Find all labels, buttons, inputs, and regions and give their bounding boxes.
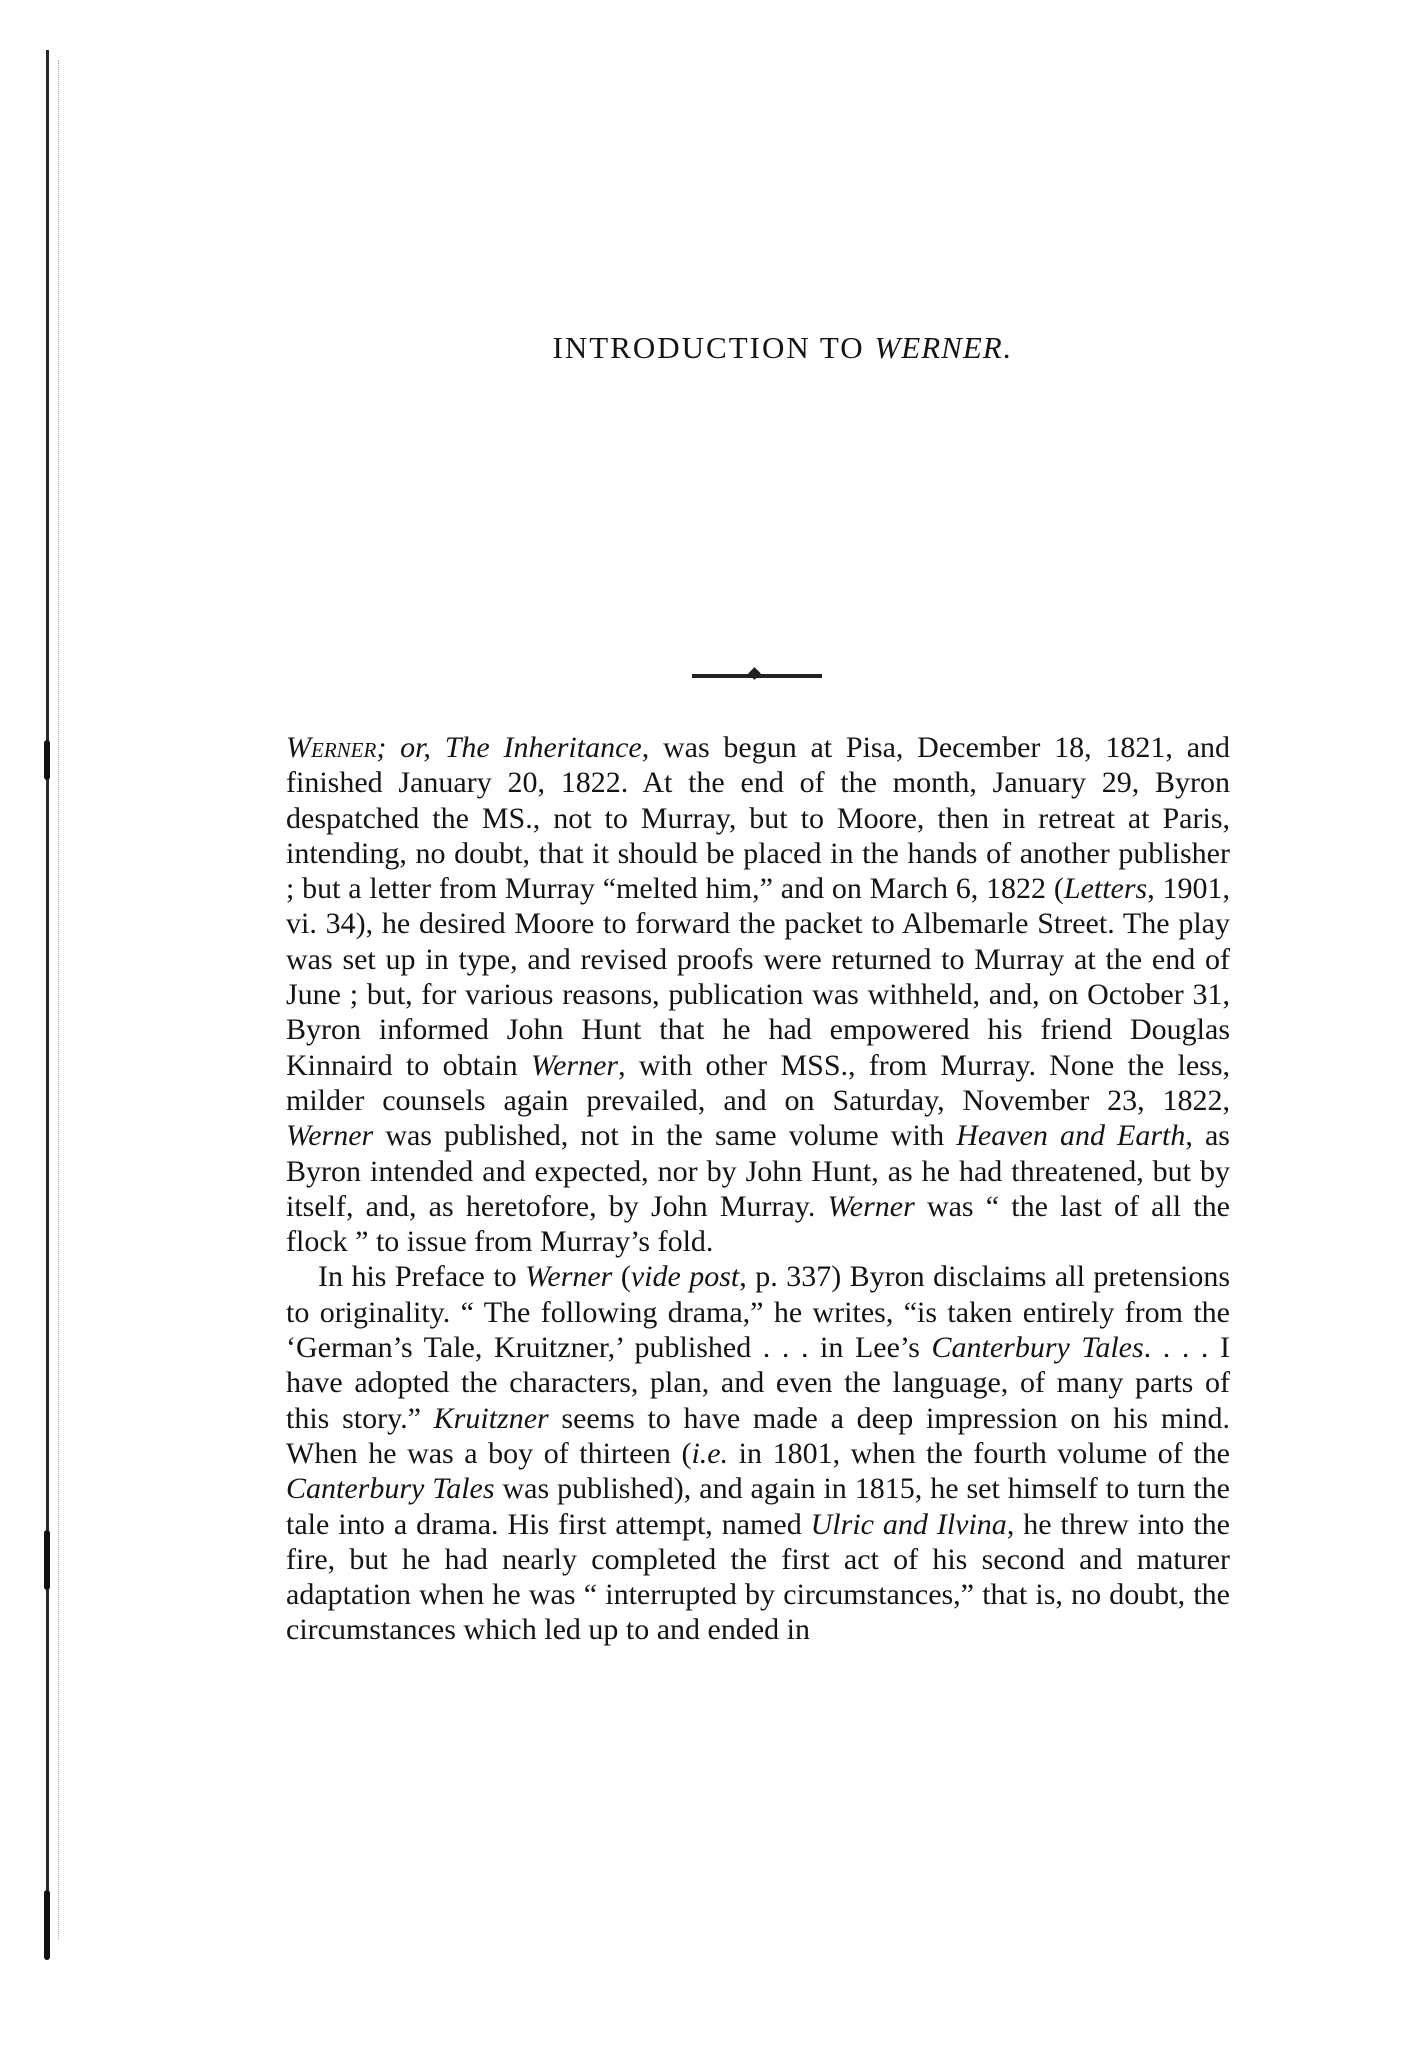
text-segment: Canterbury Tales: [932, 1331, 1144, 1364]
text-segment: in 1801, when the fourth volume of the: [728, 1437, 1230, 1470]
text-segment: Werner: [828, 1190, 915, 1223]
text-segment: Ulric and Ilvina: [811, 1508, 1007, 1541]
text-segment: i.e.: [691, 1437, 728, 1470]
text-segment: The Inheritance: [445, 731, 642, 764]
text-segment: Werner: [286, 731, 376, 764]
paragraph-2: In his Preface to Werner (vide post, p. …: [286, 1259, 1230, 1647]
text-segment: Werner: [286, 1119, 373, 1152]
text-segment: Werner: [531, 1049, 618, 1082]
title-work: WERNER: [874, 330, 1002, 365]
binding-mark: [44, 1890, 50, 1960]
text-segment: vide post: [631, 1260, 739, 1293]
text-segment: Letters: [1064, 872, 1147, 905]
text-segment: Werner: [525, 1260, 612, 1293]
ornament-rule-icon: [692, 674, 822, 678]
title-prefix: INTRODUCTION TO: [553, 330, 875, 365]
text-segment: In his Preface to: [318, 1260, 525, 1293]
text-segment: ; or,: [376, 731, 444, 764]
text-segment: was published, not in the same volume wi…: [373, 1119, 956, 1152]
title-suffix: .: [1003, 330, 1013, 365]
binding-mark: [44, 1530, 50, 1590]
body-text: Werner; or, The Inheritance, was begun a…: [286, 730, 1230, 1648]
paragraph-1: Werner; or, The Inheritance, was begun a…: [286, 730, 1230, 1259]
binding-mark: [44, 740, 50, 780]
text-segment: (: [612, 1260, 630, 1293]
page-title: INTRODUCTION TO WERNER.: [0, 330, 1415, 366]
text-segment: Heaven and Earth: [956, 1119, 1185, 1152]
text-segment: Canterbury Tales: [286, 1472, 495, 1505]
text-segment: Kruitzner: [434, 1402, 549, 1435]
